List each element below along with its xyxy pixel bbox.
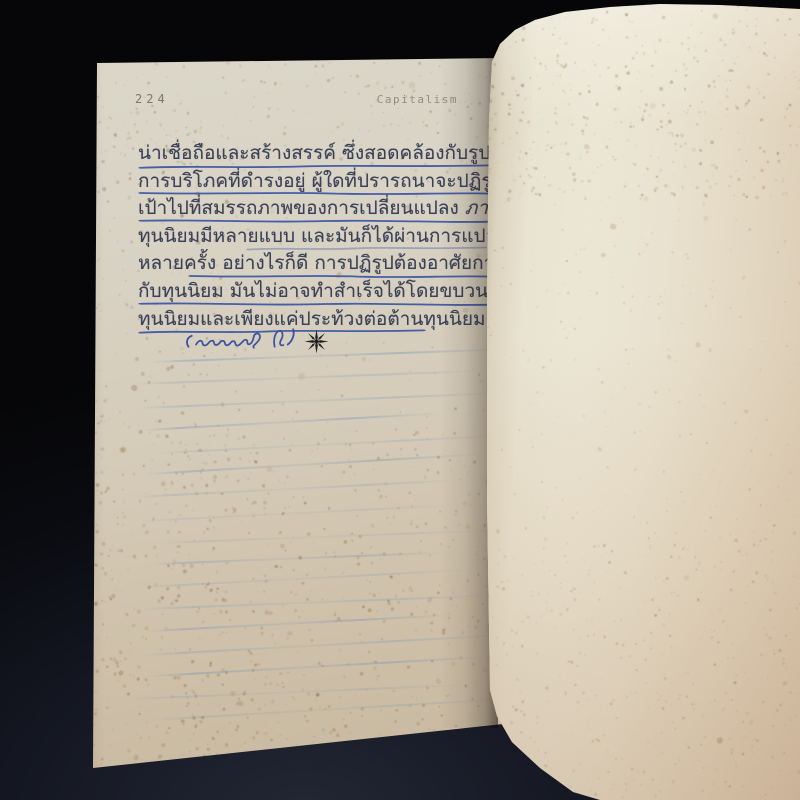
right-page-speckle-texture xyxy=(478,0,800,800)
ruled-pencil-line xyxy=(158,433,516,453)
ruled-pencil-line xyxy=(146,453,481,474)
ruled-pencil-line xyxy=(131,684,471,700)
ruled-pencil-line xyxy=(142,504,464,522)
ruled-pencil-line xyxy=(139,392,503,409)
paragraph-line: เป้าไปที่สมรรถภาพของการเปลี่ยนแปลง ภายใน… xyxy=(138,195,498,223)
running-header-title: Capitalism xyxy=(328,93,458,106)
paragraph-line: การบริโภคที่ดำรงอยู่ ผู้ใดที่ปรารถนาจะปฏ… xyxy=(138,168,498,196)
right-page-blank xyxy=(478,0,800,800)
ruled-pencil-line xyxy=(149,614,450,632)
printed-paragraph: น่าเชื่อถือและสร้างสรรค์ ซึ่งสอดคล้องกับ… xyxy=(138,140,498,333)
ruled-pencil-line xyxy=(152,552,446,565)
left-page-content: 224 Capitalism น่าเชื่อถือและสร้างสรรค์ … xyxy=(88,52,503,774)
open-book-photo: 224 Capitalism น่าเชื่อถือและสร้างสรรค์ … xyxy=(0,0,800,800)
ruled-pencil-line xyxy=(144,412,441,430)
ruled-pencil-line xyxy=(143,594,497,609)
paragraph-line: หลายครั้ง อย่างไรก็ดี การปฏิรูปต้องอาศัย… xyxy=(138,250,498,278)
ruled-pencil-line xyxy=(143,634,506,656)
ruled-pencil-line xyxy=(149,698,513,721)
paragraph-line: ทุนนิยมมีหลายแบบ และมันก็ได้ผ่านการแปลงส… xyxy=(138,223,498,251)
ruled-pencil-line xyxy=(134,370,484,385)
running-header-row: 224 Capitalism xyxy=(88,92,503,110)
ruled-pencil-line xyxy=(157,530,500,545)
paragraph-line: น่าเชื่อถือและสร้างสรรค์ ซึ่งสอดคล้องกับ… xyxy=(138,140,498,168)
paragraph-line: กับทุนนิยม มันไม่อาจทำสำเร็จได้โดยขบวนกา… xyxy=(138,278,498,306)
left-page: 224 Capitalism น่าเชื่อถือและสร้างสรรค์ … xyxy=(88,52,503,774)
ruled-pencil-line xyxy=(152,656,488,677)
ruled-pencil-line xyxy=(135,479,464,498)
ruled-pencil-line xyxy=(144,569,474,588)
star-symbol-icon xyxy=(304,329,329,354)
page-number: 224 xyxy=(135,92,169,106)
